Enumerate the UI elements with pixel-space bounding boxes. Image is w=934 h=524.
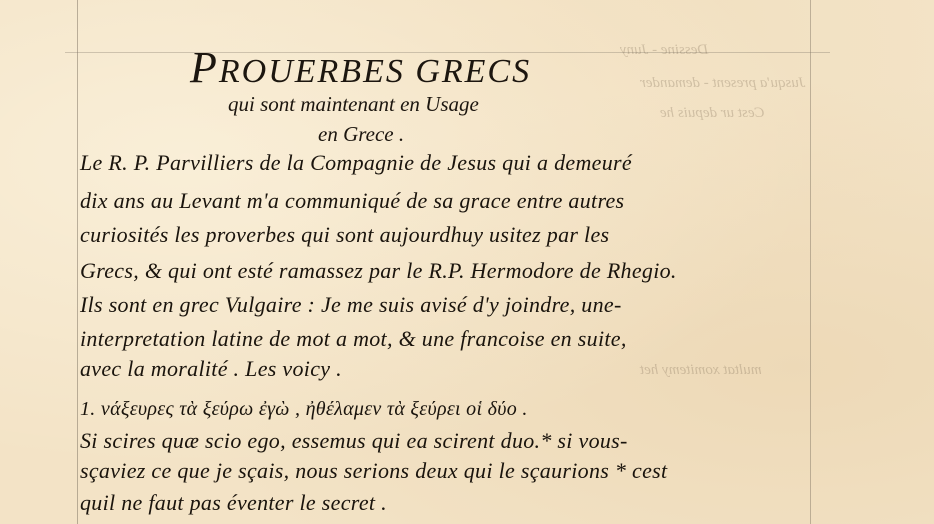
bleed-through-text: Jusqu'a present - demander — [640, 75, 806, 92]
left-margin-rule — [77, 0, 78, 524]
proverb-greek-line: 1. νάξευρες τὰ ξεύρω ἐγὼ , ἠθέλαμεν τὰ ξ… — [80, 398, 528, 421]
body-line: Le R. P. Parvilliers de la Compagnie de … — [80, 150, 632, 176]
proverb-french-line: sçaviez ce que je sçais, nous serions de… — [80, 458, 667, 484]
body-line: interpretation latine de mot a mot, & un… — [80, 326, 627, 352]
bleed-through-text: Cest ur depuis he — [660, 105, 765, 122]
body-line: Ils sont en grec Vulgaire : Je me suis a… — [80, 292, 622, 318]
proverb-latin-line: Si scires quæ scio ego, essemus qui ea s… — [80, 428, 628, 454]
subtitle-line: en Grece . — [318, 122, 404, 147]
body-line: Grecs, & qui ont esté ramassez par le R.… — [80, 258, 677, 284]
body-line: curiosités les proverbes qui sont aujour… — [80, 222, 609, 248]
title-word-1: ROUERBES — [219, 53, 405, 90]
title-word-2: GRECS — [415, 53, 531, 90]
body-line: dix ans au Levant m'a communiqué de sa g… — [80, 188, 624, 214]
bleed-through-text: Dessine - Juny — [620, 42, 708, 59]
proverb-moral-line: quil ne faut pas éventer le secret . — [80, 490, 387, 516]
body-line: avec la moralité . Les voicy . — [80, 356, 342, 382]
subtitle-line: qui sont maintenant en Usage — [228, 92, 479, 117]
bleed-through-text: multat xomitemy het — [640, 362, 762, 379]
page-title: PROUERBES GRECS — [190, 42, 531, 93]
title-initial: P — [190, 43, 219, 92]
right-margin-rule — [810, 0, 811, 524]
manuscript-page: Dessine - Juny Jusqu'a present - demande… — [0, 0, 934, 524]
